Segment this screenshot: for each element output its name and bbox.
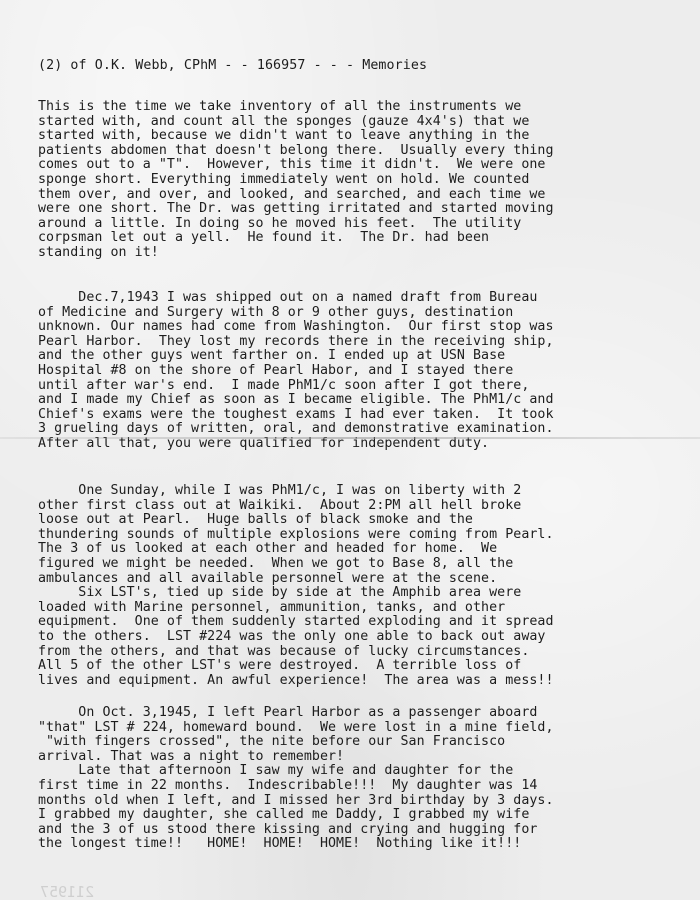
- text-line: Pearl Harbor. They lost my records there…: [38, 335, 678, 350]
- text-line: On Oct. 3,1945, I left Pearl Harbor as a…: [38, 706, 678, 721]
- text-line: lives and equipment. An awful experience…: [38, 674, 678, 689]
- text-line: until after war's end. I made PhM1/c soo…: [38, 379, 678, 394]
- paragraph-homeward-bound: On Oct. 3,1945, I left Pearl Harbor as a…: [38, 706, 678, 852]
- text-line: comes out to a "T". However, this time i…: [38, 158, 678, 173]
- text-line: to the others. LST #224 was the only one…: [38, 630, 678, 645]
- text-line: This is the time we take inventory of al…: [38, 100, 678, 115]
- text-line: and I made my Chief as soon as I became …: [38, 393, 678, 408]
- paragraph-shipped-out: Dec.7,1943 I was shipped out on a named …: [38, 291, 678, 452]
- text-line: I grabbed my daughter, she called me Dad…: [38, 808, 678, 823]
- text-line: of Medicine and Surgery with 8 or 9 othe…: [38, 306, 678, 321]
- text-line: thundering sounds of multiple explosions…: [38, 528, 678, 543]
- text-line: Late that afternoon I saw my wife and da…: [38, 764, 678, 779]
- text-line: Hospital #8 on the shore of Pearl Habor,…: [38, 364, 678, 379]
- text-line: were one short. The Dr. was getting irri…: [38, 202, 678, 217]
- text-line: After all that, you were qualified for i…: [38, 437, 678, 452]
- paper-fold-crease: [0, 437, 700, 439]
- text-line: Chief's exams were the toughest exams I …: [38, 408, 678, 423]
- text-line: arrival. That was a night to remember!: [38, 750, 678, 765]
- text-line: started with, because we didn't want to …: [38, 129, 678, 144]
- page-header: (2) of O.K. Webb, CPhM - - 166957 - - - …: [38, 58, 427, 73]
- text-line: started with, and count all the sponges …: [38, 115, 678, 130]
- text-line: 3 grueling days of written, oral, and de…: [38, 422, 678, 437]
- text-line: the longest time!! HOME! HOME! HOME! Not…: [38, 837, 678, 852]
- text-line: corpsman let out a yell. He found it. Th…: [38, 231, 678, 246]
- text-line: The 3 of us looked at each other and hea…: [38, 542, 678, 557]
- text-line: Six LST's, tied up side by side at the A…: [38, 586, 678, 601]
- text-line: first time in 22 months. Indescribable!!…: [38, 779, 678, 794]
- text-line: other first class out at Waikiki. About …: [38, 499, 678, 514]
- text-line: and the other guys went farther on. I en…: [38, 349, 678, 364]
- text-line: Dec.7,1943 I was shipped out on a named …: [38, 291, 678, 306]
- text-line: unknown. Our names had come from Washing…: [38, 320, 678, 335]
- text-line: "with fingers crossed", the nite before …: [38, 735, 678, 750]
- text-line: and the 3 of us stood there kissing and …: [38, 823, 678, 838]
- text-line: ambulances and all available personnel w…: [38, 572, 678, 587]
- text-line: loaded with Marine personnel, ammunition…: [38, 601, 678, 616]
- text-line: "that" LST # 224, homeward bound. We wer…: [38, 721, 678, 736]
- text-line: All 5 of the other LST's were destroyed.…: [38, 659, 678, 674]
- text-line: them over, and over, and looked, and sea…: [38, 188, 678, 203]
- text-line: equipment. One of them suddenly started …: [38, 615, 678, 630]
- text-line: around a little. In doing so he moved hi…: [38, 217, 678, 232]
- text-line: figured we might be needed. When we got …: [38, 557, 678, 572]
- paragraph-pearl-explosions: One Sunday, while I was PhM1/c, I was on…: [38, 484, 678, 688]
- text-line: standing on it!: [38, 246, 678, 261]
- text-line: loose out at Pearl. Huge balls of black …: [38, 513, 678, 528]
- text-line: from the others, and that was because of…: [38, 645, 678, 660]
- text-line: One Sunday, while I was PhM1/c, I was on…: [38, 484, 678, 499]
- text-line: patients abdomen that doesn't belong the…: [38, 144, 678, 159]
- text-line: sponge short. Everything immediately wen…: [38, 173, 678, 188]
- paragraph-surgery-sponge: This is the time we take inventory of al…: [38, 100, 678, 261]
- text-line: months old when I left, and I missed her…: [38, 794, 678, 809]
- document-page: (2) of O.K. Webb, CPhM - - 166957 - - - …: [0, 0, 700, 900]
- bleed-through-text: 211957: [40, 883, 94, 900]
